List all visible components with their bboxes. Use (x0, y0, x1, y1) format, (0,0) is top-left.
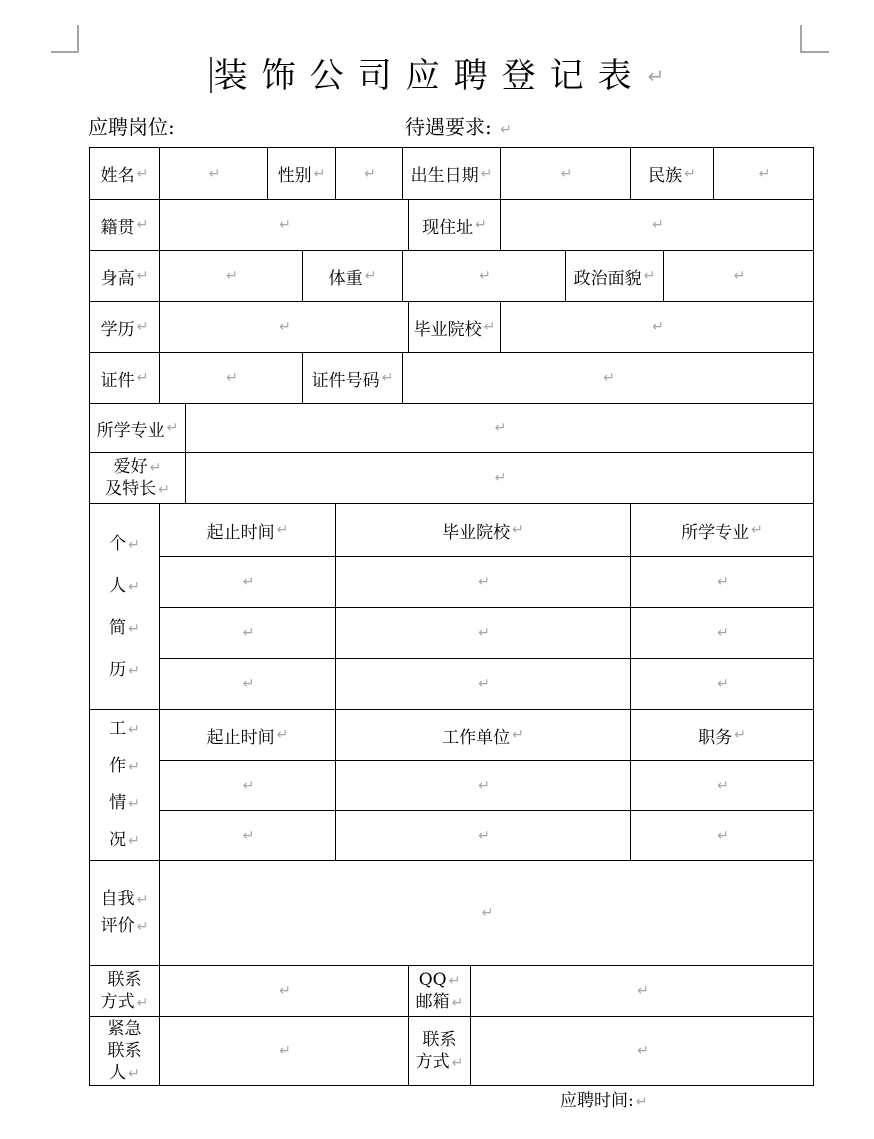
salary-requirement-label: 待遇要求: ↵ (405, 111, 512, 140)
current-address-label-cell: 现住址↵ (409, 200, 501, 251)
paragraph-mark: ↵ (128, 621, 140, 637)
native-place-label: 籍贯 (101, 213, 135, 238)
paragraph-mark: ↵ (478, 677, 490, 691)
paragraph-mark: ↵ (652, 218, 664, 232)
paragraph-mark: ↵ (277, 728, 289, 742)
paragraph-mark: ↵ (137, 269, 149, 283)
paragraph-mark: ↵ (495, 471, 507, 485)
resume-row3-time-cell[interactable]: ↵ (160, 659, 336, 710)
qq-email-label-cell: QQ↵ 邮箱↵ (409, 966, 471, 1017)
paragraph-mark: ↵ (279, 218, 291, 232)
contact-value-cell[interactable]: ↵ (160, 966, 409, 1017)
ethnicity-label-cell: 民族↵ (631, 148, 714, 200)
resume-row1-time-cell[interactable]: ↵ (160, 557, 336, 608)
paragraph-mark: ↵ (226, 371, 238, 385)
education-value-cell[interactable]: ↵ (160, 302, 409, 353)
paragraph-mark: ↵ (137, 371, 149, 385)
paragraph-mark: ↵ (137, 320, 149, 334)
work-col-unit-label: 工作单位 (442, 723, 510, 748)
apply-time-label: 应聘时间: (560, 1091, 634, 1111)
major-value-cell[interactable]: ↵ (186, 404, 814, 453)
paragraph-mark: ↵ (637, 984, 649, 998)
resume-row3-major-cell[interactable]: ↵ (631, 659, 814, 710)
paragraph-mark: ↵ (128, 796, 140, 812)
paragraph-mark: ↵ (243, 829, 255, 843)
graduate-school-value-cell[interactable]: ↵ (501, 302, 814, 353)
work-row1-unit-cell[interactable]: ↵ (336, 761, 631, 811)
apply-time-line: 应聘时间:↵ (560, 1086, 647, 1111)
resume-row2-school-cell[interactable]: ↵ (336, 608, 631, 659)
gender-label: 性别 (278, 161, 312, 186)
paragraph-mark: ↵ (167, 421, 179, 435)
hobbies-label-cell: 爱好↵ 及特长↵ (90, 453, 186, 504)
weight-value-cell[interactable]: ↵ (403, 251, 566, 302)
resume-row2-time-cell[interactable]: ↵ (160, 608, 336, 659)
hobbies-label-line1: 爱好 (114, 457, 148, 477)
work-row2-position-cell[interactable]: ↵ (631, 811, 814, 861)
weight-label-cell: 体重↵ (303, 251, 403, 302)
work-label-char2: 作 (109, 756, 126, 776)
resume-row2-major-cell[interactable]: ↵ (631, 608, 814, 659)
emergency-phone-label-cell: 联系 方式↵ (409, 1017, 471, 1086)
paragraph-mark: ↵ (279, 984, 291, 998)
emergency-label-line1: 紧急 (108, 1019, 142, 1039)
page-title: 装饰公司应聘登记表↵ (0, 48, 874, 97)
work-row1-position-cell[interactable]: ↵ (631, 761, 814, 811)
resume-label-char3: 简 (109, 618, 126, 638)
paragraph-mark: ↵ (478, 626, 490, 640)
education-label-cell: 学历↵ (90, 302, 160, 353)
current-address-value-cell[interactable]: ↵ (501, 200, 814, 251)
paragraph-mark: ↵ (603, 371, 615, 385)
political-status-label-cell: 政治面貌↵ (566, 251, 664, 302)
native-place-label-cell: 籍贯↵ (90, 200, 160, 251)
paragraph-mark: ↵ (137, 218, 149, 232)
education-label: 学历 (101, 315, 135, 340)
resume-col-school-header: 毕业院校↵ (336, 504, 631, 557)
resume-label-char2: 人 (109, 576, 126, 596)
paragraph-mark: ↵ (128, 1066, 140, 1082)
ethnicity-value-cell[interactable]: ↵ (714, 148, 814, 200)
paragraph-mark: ↵ (734, 728, 746, 742)
political-status-value-cell[interactable]: ↵ (664, 251, 814, 302)
resume-col-major-header: 所学专业↵ (631, 504, 814, 557)
id-number-label: 证件号码 (312, 366, 380, 391)
self-evaluation-label-line1: 自我 (101, 889, 135, 909)
paragraph-mark: ↵ (243, 575, 255, 589)
paragraph-mark: ↵ (449, 973, 461, 989)
id-type-label: 证件 (101, 366, 135, 391)
work-col-time-label: 起止时间 (207, 723, 275, 748)
hobbies-label-line2: 及特长 (105, 479, 156, 499)
paragraph-mark: ↵ (452, 1055, 464, 1071)
resume-col-school-label: 毕业院校 (442, 518, 510, 543)
paragraph-mark: ↵ (365, 269, 377, 283)
paragraph-mark: ↵ (128, 579, 140, 595)
emergency-contact-label-cell: 紧急 联系 人↵ (90, 1017, 160, 1086)
paragraph-mark: ↵ (279, 320, 291, 334)
qq-email-label-line2: 邮箱 (416, 992, 450, 1012)
political-status-label: 政治面貌 (574, 264, 642, 289)
paragraph-mark: ↵ (479, 269, 491, 283)
paragraph-mark: ↵ (279, 1044, 291, 1058)
gender-label-cell: 性别↵ (268, 148, 336, 200)
paragraph-mark: ↵ (637, 1044, 649, 1058)
work-col-unit-header: 工作单位↵ (336, 710, 631, 761)
id-number-value-cell[interactable]: ↵ (403, 353, 814, 404)
paragraph-mark: ↵ (478, 829, 490, 843)
position-applied-label: 应聘岗位: (88, 111, 175, 140)
height-value-cell[interactable]: ↵ (160, 251, 303, 302)
resume-row3-school-cell[interactable]: ↵ (336, 659, 631, 710)
contact-label-line2: 方式 (101, 992, 135, 1012)
resume-col-major-label: 所学专业 (681, 518, 749, 543)
major-label: 所学专业 (97, 416, 165, 441)
paragraph-mark: ↵ (452, 995, 464, 1011)
paragraph-mark: ↵ (158, 482, 170, 498)
paragraph-mark: ↵ (209, 167, 221, 181)
major-label-cell: 所学专业↵ (90, 404, 186, 453)
application-form-table: 姓名↵ ↵ 性别↵ ↵ 出生日期↵ ↵ 民族↵ ↵ 籍贯↵ ↵ 现住址↵ ↵ 身… (89, 147, 814, 1086)
birth-date-label: 出生日期 (411, 161, 479, 186)
paragraph-mark: ↵ (648, 64, 665, 88)
paragraph-mark: ↵ (128, 722, 140, 738)
salary-requirement-text: 待遇要求: (405, 115, 492, 139)
paragraph-mark: ↵ (482, 906, 494, 920)
native-place-value-cell[interactable]: ↵ (160, 200, 409, 251)
current-address-label: 现住址 (422, 213, 473, 238)
birth-date-value-cell[interactable]: ↵ (501, 148, 631, 200)
paragraph-mark: ↵ (512, 523, 524, 537)
paragraph-mark: ↵ (717, 829, 729, 843)
ethnicity-label: 民族 (648, 161, 682, 186)
paragraph-mark: ↵ (314, 167, 326, 181)
paragraph-mark: ↵ (636, 1094, 648, 1110)
paragraph-mark: ↵ (495, 421, 507, 435)
work-label-char3: 情 (109, 793, 126, 813)
paragraph-mark: ↵ (751, 523, 763, 537)
paragraph-mark: ↵ (484, 320, 496, 334)
work-label-char4: 况 (109, 830, 126, 850)
height-label: 身高 (101, 264, 135, 289)
qq-email-label-line1: QQ (419, 970, 447, 990)
resume-label-char1: 个 (109, 534, 126, 554)
paragraph-mark: ↵ (717, 575, 729, 589)
paragraph-mark: ↵ (500, 122, 512, 138)
work-section-label-cell: 工↵ 作↵ 情↵ 况↵ (90, 710, 160, 861)
resume-col-time-label: 起止时间 (207, 518, 275, 543)
graduate-school-label: 毕业院校 (414, 315, 482, 340)
name-value-cell[interactable]: ↵ (160, 148, 268, 200)
paragraph-mark: ↵ (684, 167, 696, 181)
height-label-cell: 身高↵ (90, 251, 160, 302)
resume-col-time-header: 起止时间↵ (160, 504, 336, 557)
emergency-label-line2: 联系 (108, 1041, 142, 1061)
paragraph-mark: ↵ (652, 320, 664, 334)
emergency-label-line3: 人 (109, 1063, 126, 1083)
paragraph-mark: ↵ (137, 167, 149, 181)
resume-row1-major-cell[interactable]: ↵ (631, 557, 814, 608)
paragraph-mark: ↵ (137, 995, 149, 1011)
paragraph-mark: ↵ (128, 537, 140, 553)
contact-label-cell: 联系 方式↵ (90, 966, 160, 1017)
paragraph-mark: ↵ (137, 892, 149, 908)
self-evaluation-label-line2: 评价 (101, 916, 135, 936)
page-title-text: 装饰公司应聘登记表 (214, 56, 646, 96)
resume-row1-school-cell[interactable]: ↵ (336, 557, 631, 608)
paragraph-mark: ↵ (128, 833, 140, 849)
paragraph-mark: ↵ (128, 759, 140, 775)
paragraph-mark: ↵ (734, 269, 746, 283)
paragraph-mark: ↵ (150, 460, 162, 476)
work-row2-unit-cell[interactable]: ↵ (336, 811, 631, 861)
qq-email-value-cell[interactable]: ↵ (471, 966, 814, 1017)
paragraph-mark: ↵ (481, 167, 493, 181)
document-page: 装饰公司应聘登记表↵ 应聘岗位: 待遇要求: ↵ 姓名↵ ↵ 性别↵ ↵ 出生日… (0, 0, 874, 1139)
name-label-cell: 姓名↵ (90, 148, 160, 200)
emergency-phone-label-line2: 方式 (416, 1052, 450, 1072)
work-label-char1: 工 (109, 719, 126, 739)
paragraph-mark: ↵ (277, 523, 289, 537)
paragraph-mark: ↵ (644, 269, 656, 283)
gender-value-cell[interactable]: ↵ (336, 148, 403, 200)
work-row1-time-cell[interactable]: ↵ (160, 761, 336, 811)
resume-label-char4: 历 (109, 660, 126, 680)
weight-label: 体重 (329, 264, 363, 289)
emergency-phone-value-cell[interactable]: ↵ (471, 1017, 814, 1086)
paragraph-mark: ↵ (243, 677, 255, 691)
paragraph-mark: ↵ (759, 167, 771, 181)
emergency-phone-label-line1: 联系 (423, 1030, 457, 1050)
text-cursor (210, 57, 212, 93)
birth-date-label-cell: 出生日期↵ (403, 148, 501, 200)
paragraph-mark: ↵ (561, 167, 573, 181)
paragraph-mark: ↵ (717, 626, 729, 640)
paragraph-mark: ↵ (382, 371, 394, 385)
paragraph-mark: ↵ (717, 779, 729, 793)
paragraph-mark: ↵ (478, 575, 490, 589)
graduate-school-label-cell: 毕业院校↵ (409, 302, 501, 353)
id-type-label-cell: 证件↵ (90, 353, 160, 404)
paragraph-mark: ↵ (128, 663, 140, 679)
paragraph-mark: ↵ (717, 677, 729, 691)
id-number-label-cell: 证件号码↵ (303, 353, 403, 404)
paragraph-mark: ↵ (243, 779, 255, 793)
resume-section-label-cell: 个↵ 人↵ 简↵ 历↵ (90, 504, 160, 710)
paragraph-mark: ↵ (364, 167, 376, 181)
emergency-contact-value-cell[interactable]: ↵ (160, 1017, 409, 1086)
work-col-time-header: 起止时间↵ (160, 710, 336, 761)
paragraph-mark: ↵ (512, 728, 524, 742)
paragraph-mark: ↵ (478, 779, 490, 793)
self-evaluation-value-cell[interactable]: ↵ (160, 861, 814, 966)
work-col-position-header: 职务↵ (631, 710, 814, 761)
work-row2-time-cell[interactable]: ↵ (160, 811, 336, 861)
paragraph-mark: ↵ (475, 218, 487, 232)
self-evaluation-label-cell: 自我↵ 评价↵ (90, 861, 160, 966)
name-label: 姓名 (101, 161, 135, 186)
work-col-position-label: 职务 (698, 723, 732, 748)
id-type-value-cell[interactable]: ↵ (160, 353, 303, 404)
paragraph-mark: ↵ (243, 626, 255, 640)
paragraph-mark: ↵ (226, 269, 238, 283)
paragraph-mark: ↵ (137, 919, 149, 935)
hobbies-value-cell[interactable]: ↵ (186, 453, 814, 504)
contact-label-line1: 联系 (108, 970, 142, 990)
